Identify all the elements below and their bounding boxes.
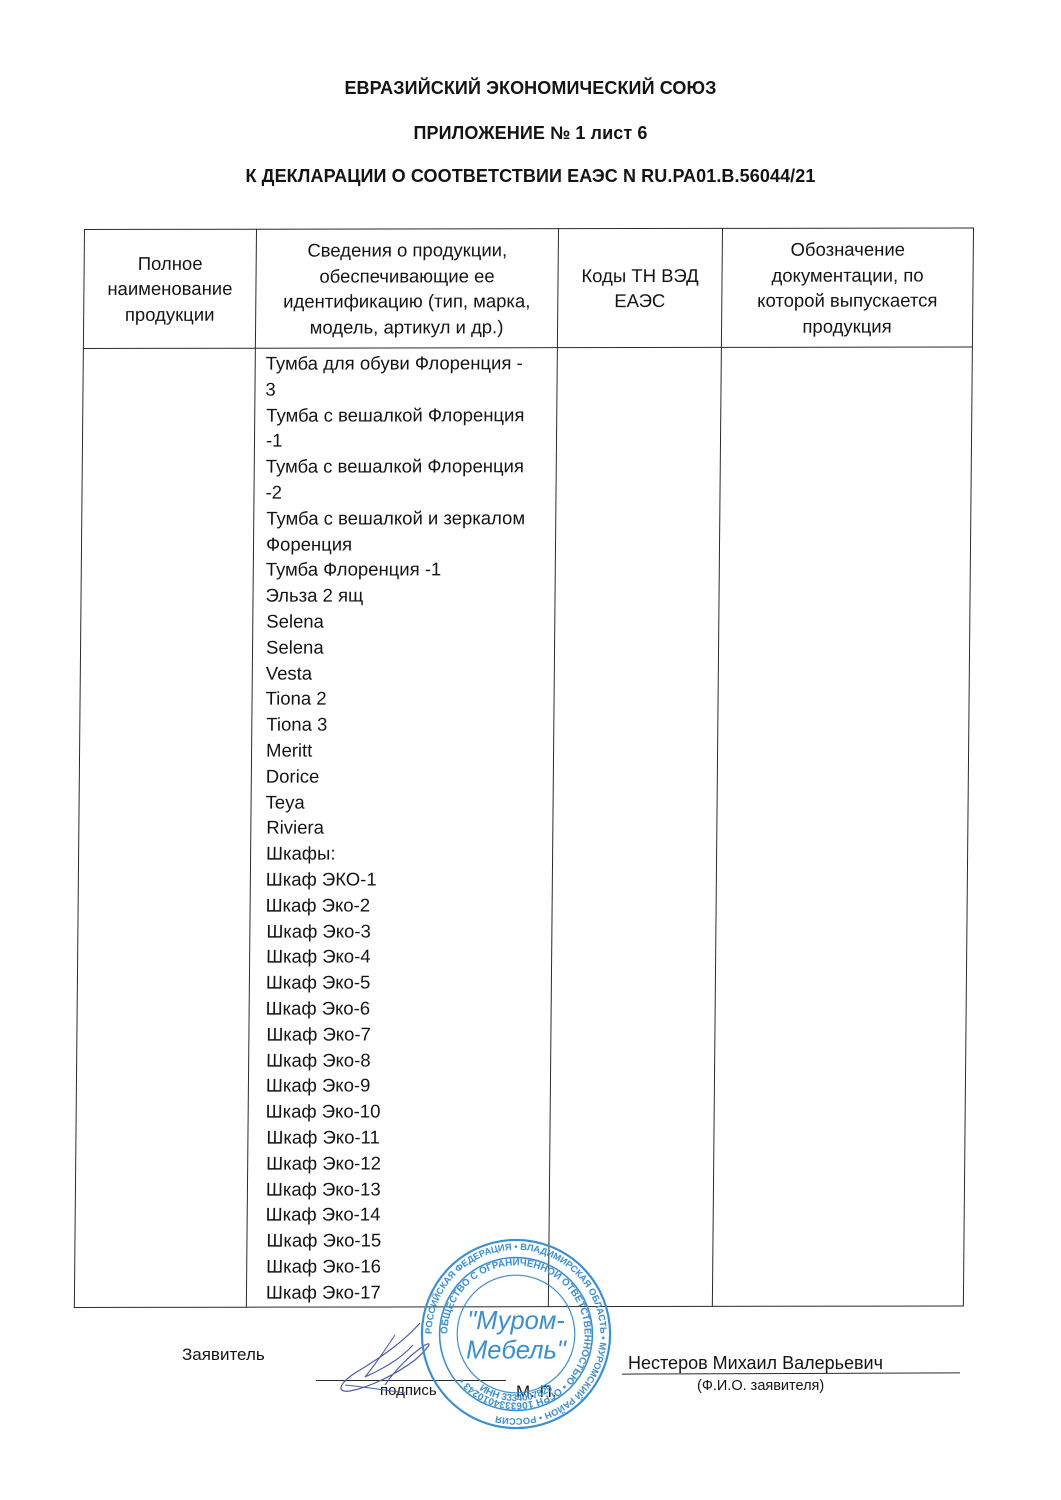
column-header-line: Сведения о продукции, [257,237,558,263]
list-item: Шкаф Эко-4 [260,943,551,969]
list-item: Шкаф Эко-2 [261,892,552,918]
list-item: -1 [265,428,556,454]
list-item: Selena [263,608,554,634]
product-items-list: Тумба для обуви Флоренция -3Тумба с веша… [247,348,557,1305]
list-item: Тумба с вешалкой Флоренция [265,453,556,479]
table-header-row: Полноенаименованиепродукции Сведения о п… [83,228,973,349]
svg-text:"Муром-: "Муром- [467,1307,565,1335]
column-header-line: обеспечивающие ее [256,263,557,289]
column-header-identification: Сведения о продукции,обеспечивающие ееид… [255,229,558,349]
column-header-line: продукции [84,301,255,327]
union-title: ЕВРАЗИЙСКИЙ ЭКОНОМИЧЕСКИЙ СОЮЗ [0,78,1061,99]
list-item: Эльза 2 ящ [263,582,554,608]
list-item: Форенция [264,531,555,557]
list-item: Шкаф Эко-11 [258,1124,549,1150]
list-item: Шкафы: [261,840,552,866]
list-item: Selena [263,634,554,660]
column-header-full-name: Полноенаименованиепродукции [83,229,256,348]
list-item: Meritt [262,737,553,763]
list-item: Шкаф Эко-10 [259,1098,550,1124]
column-header-line: документации, по [722,262,972,288]
column-header-line: наименование [84,276,255,302]
list-item: Шкаф Эко-5 [260,969,551,995]
list-item: Tiona 3 [262,711,553,737]
name-caption: (Ф.И.О. заявителя) [697,1378,824,1394]
list-item: Тумба с вешалкой и зеркалом [264,505,555,531]
list-item: Teya [261,789,552,815]
list-item: 3 [265,376,556,402]
column-header-tnved-codes: Коды ТН ВЭДЕАЭС [557,228,722,347]
applicant-name: Нестеров Михаил Валерьевич [628,1353,883,1374]
declaration-table-wrap: Полноенаименованиепродукции Сведения о п… [74,227,974,1308]
cell-full-name [74,348,255,1307]
list-item: Шкаф ЭКО-1 [261,866,552,892]
appendix-title: ПРИЛОЖЕНИЕ № 1 лист 6 [0,123,1061,144]
declaration-title: К ДЕКЛАРАЦИИ О СООТВЕТСТВИИ ЕАЭС N RU.РА… [0,166,1061,187]
list-item: Шкаф Эко-12 [258,1150,549,1176]
column-header-line: которой выпускается [722,287,972,313]
column-header-line: продукция [722,313,972,339]
column-header-line: модель, артикул и др.) [256,314,557,340]
list-item: Шкаф Эко-3 [260,918,551,944]
list-item: Шкаф Эко-8 [259,1047,550,1073]
list-item: Тумба Флоренция -1 [264,557,555,583]
column-header-line: Обозначение [723,236,973,262]
table-row: Тумба для обуви Флоренция -3Тумба с веша… [74,347,972,1308]
list-item: Шкаф Эко-7 [259,1021,550,1047]
list-item: Tiona 2 [262,686,553,712]
cell-tnved-codes [548,347,721,1306]
list-item: Тумба для обуви Флоренция - [266,350,557,376]
column-header-line: ЕАЭС [558,288,721,314]
cell-documentation [712,347,972,1306]
list-item: Vesta [263,660,554,686]
list-item: Тумба с вешалкой Флоренция [265,402,556,428]
cell-identification: Тумба для обуви Флоренция -3Тумба с веша… [246,348,557,1308]
list-item: Dorice [262,763,553,789]
column-header-line: Полное [85,250,256,276]
column-header-documentation: Обозначениедокументации, покоторой выпус… [721,228,973,347]
column-header-line: идентификацию (тип, марка, [256,288,557,314]
list-item: Шкаф Эко-14 [258,1201,549,1227]
list-item: Шкаф Эко-9 [259,1072,550,1098]
company-seal-icon: РОССИЙСКАЯ ФЕДЕРАЦИЯ • ВЛАДИМИРСКАЯ ОБЛА… [418,1236,614,1432]
list-item: Шкаф Эко-13 [258,1176,549,1202]
declaration-table: Полноенаименованиепродукции Сведения о п… [74,227,974,1308]
name-line [622,1372,960,1374]
list-item: Шкаф Эко-6 [260,995,551,1021]
list-item: -2 [264,479,555,505]
applicant-label: Заявитель [182,1345,265,1365]
svg-text:Мебель": Мебель" [466,1337,567,1365]
column-header-line: Коды ТН ВЭД [558,262,721,288]
list-item: Riviera [261,815,552,841]
